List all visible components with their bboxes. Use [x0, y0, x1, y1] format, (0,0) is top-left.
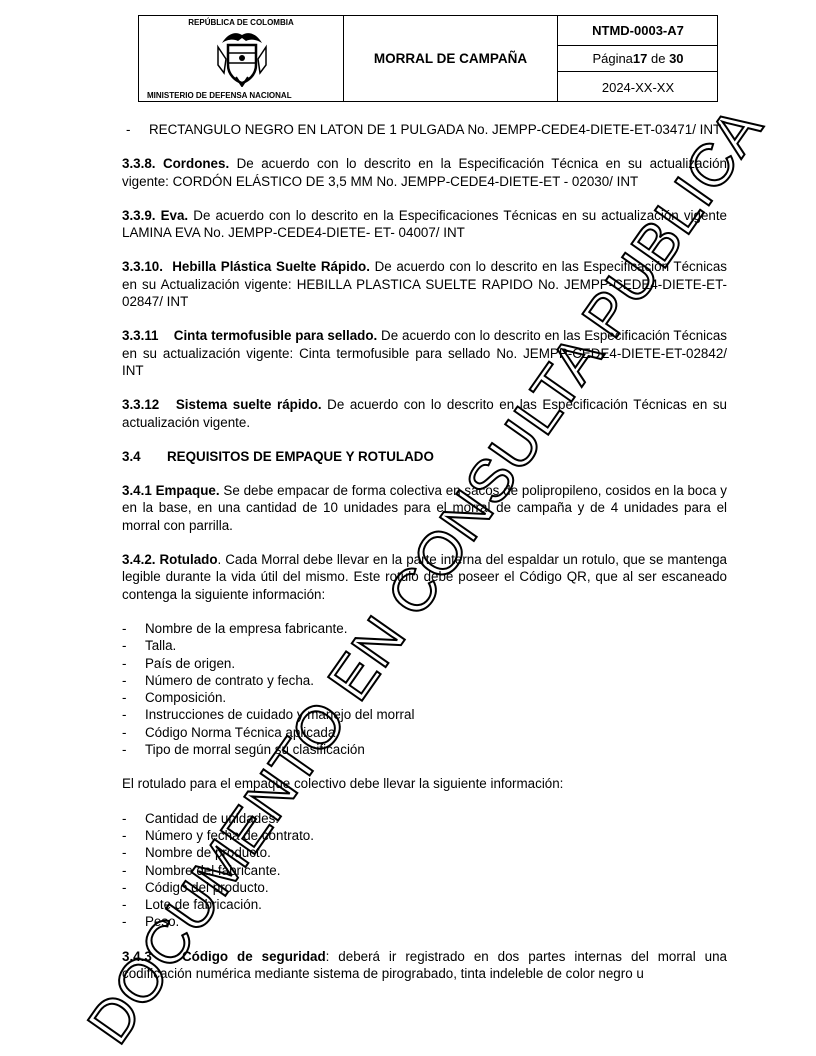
section-label: 3.3.8. Cordones.	[122, 156, 229, 171]
section-label: Código de seguridad	[182, 949, 326, 964]
list-dash: -	[122, 862, 145, 879]
list-item: -Código Norma Técnica aplicada.	[122, 724, 727, 741]
list-item-text: Nombre de la empresa fabricante.	[145, 620, 347, 637]
list-dash: -	[122, 844, 145, 861]
document-body: - RECTANGULO NEGRO EN LATON DE 1 PULGADA…	[122, 121, 727, 982]
collective-intro: El rotulado para el empaque colectivo de…	[122, 775, 727, 792]
section-title: REQUISITOS DE EMPAQUE Y ROTULADO	[167, 448, 434, 465]
list-item-text: Lote de fabricación.	[145, 896, 262, 913]
list-item-text: Cantidad de unidades.	[145, 810, 279, 827]
list-item: -Lote de fabricación.	[122, 896, 727, 913]
section-number: 3.4	[122, 448, 167, 465]
list-dash: -	[122, 896, 145, 913]
list-item: -Código del producto.	[122, 879, 727, 896]
list-dash: -	[122, 706, 145, 723]
qr-info-list: -Nombre de la empresa fabricante.-Talla.…	[122, 620, 727, 758]
section-3-4-1: 3.4.1 Empaque. Se debe empacar de forma …	[122, 482, 727, 534]
page-total: 30	[669, 51, 683, 66]
list-dash: -	[122, 672, 145, 689]
header-meta-cell: NTMD-0003-A7 Página 17 de 30 2024-XX-XX	[558, 16, 718, 101]
republic-label: REPÚBLICA DE COLOMBIA	[139, 18, 343, 27]
list-item: -Peso.	[122, 913, 727, 930]
section-label: 3.3.9. Eva.	[122, 208, 188, 223]
list-item-text: RECTANGULO NEGRO EN LATON DE 1 PULGADA N…	[149, 121, 721, 138]
list-item-text: Número de contrato y fecha.	[145, 672, 314, 689]
list-item-text: Tipo de morral según su clasificación	[145, 741, 365, 758]
list-item: -Número y fecha de contrato.	[122, 827, 727, 844]
list-item-text: Nombre de producto.	[145, 844, 271, 861]
list-dash: -	[122, 913, 145, 930]
section-heading-3-4: 3.4 REQUISITOS DE EMPAQUE Y ROTULADO	[122, 448, 727, 465]
section-3-4-3: 3.4.3Código de seguridad: deberá ir regi…	[122, 948, 727, 983]
list-item: -Cantidad de unidades.	[122, 810, 727, 827]
colombia-coat-of-arms-icon	[214, 29, 270, 87]
list-dash: -	[122, 655, 145, 672]
collective-info-list: -Cantidad de unidades.-Número y fecha de…	[122, 810, 727, 931]
list-dash: -	[122, 620, 145, 637]
section-text: De acuerdo con lo descrito en la Especif…	[122, 208, 727, 240]
document-date: 2024-XX-XX	[558, 72, 718, 102]
list-item-text: Nombre del fabricante.	[145, 862, 280, 879]
section-label: 3.4.1 Empaque.	[122, 483, 220, 498]
list-item-text: Código del producto.	[145, 879, 269, 896]
section-label: 3.3.11 Cinta termofusible para sellado.	[122, 328, 377, 343]
list-dash: -	[126, 121, 149, 138]
section-number: 3.4.3	[122, 948, 182, 965]
list-item-text: Composición.	[145, 689, 226, 706]
page-current: 17	[633, 51, 647, 66]
list-dash: -	[122, 741, 145, 758]
header-institution-cell: REPÚBLICA DE COLOMBIA MINISTERIO DE DEFE…	[139, 16, 344, 101]
list-dash: -	[122, 827, 145, 844]
list-dash: -	[122, 879, 145, 896]
page-of: de	[647, 51, 669, 66]
list-item: -Composición.	[122, 689, 727, 706]
section-3-3-10: 3.3.10. Hebilla Plástica Suelte Rápido. …	[122, 258, 727, 310]
list-item: -Nombre de producto.	[122, 844, 727, 861]
list-item-text: País de origen.	[145, 655, 235, 672]
list-item-text: Instrucciones de cuidado y manejo del mo…	[145, 706, 414, 723]
list-item: -Instrucciones de cuidado y manejo del m…	[122, 706, 727, 723]
document-code: NTMD-0003-A7	[558, 16, 718, 46]
list-item-text: Número y fecha de contrato.	[145, 827, 314, 844]
section-label: 3.3.12 Sistema suelte rápido.	[122, 397, 322, 412]
list-item: -Talla.	[122, 637, 727, 654]
list-item: -Número de contrato y fecha.	[122, 672, 727, 689]
list-item-text: Código Norma Técnica aplicada.	[145, 724, 339, 741]
page-indicator: Página 17 de 30	[558, 46, 718, 72]
list-item: -Nombre del fabricante.	[122, 862, 727, 879]
list-dash: -	[122, 637, 145, 654]
section-3-3-11: 3.3.11 Cinta termofusible para sellado. …	[122, 327, 727, 379]
ministry-label: MINISTERIO DE DEFENSA NACIONAL	[147, 91, 292, 100]
list-item-text: Talla.	[145, 637, 176, 654]
list-item: -País de origen.	[122, 655, 727, 672]
document-title: MORRAL DE CAMPAÑA	[344, 16, 558, 101]
list-item: -Nombre de la empresa fabricante.	[122, 620, 727, 637]
list-dash: -	[122, 689, 145, 706]
document-header-table: REPÚBLICA DE COLOMBIA MINISTERIO DE DEFE…	[138, 15, 718, 102]
page-prefix: Página	[592, 51, 632, 66]
list-dash: -	[122, 724, 145, 741]
list-item-text: Peso.	[145, 913, 179, 930]
list-item: -Tipo de morral según su clasificación	[122, 741, 727, 758]
list-item-laton: - RECTANGULO NEGRO EN LATON DE 1 PULGADA…	[126, 121, 727, 138]
section-label: 3.3.10. Hebilla Plástica Suelte Rápido.	[122, 259, 370, 274]
section-3-4-2: 3.4.2. Rotulado. Cada Morral debe llevar…	[122, 551, 727, 603]
section-3-3-9: 3.3.9. Eva. De acuerdo con lo descrito e…	[122, 207, 727, 242]
list-dash: -	[122, 810, 145, 827]
section-3-3-8: 3.3.8. Cordones. De acuerdo con lo descr…	[122, 155, 727, 190]
section-3-3-12: 3.3.12 Sistema suelte rápido. De acuerdo…	[122, 396, 727, 431]
section-label: 3.4.2. Rotulado	[122, 552, 218, 567]
